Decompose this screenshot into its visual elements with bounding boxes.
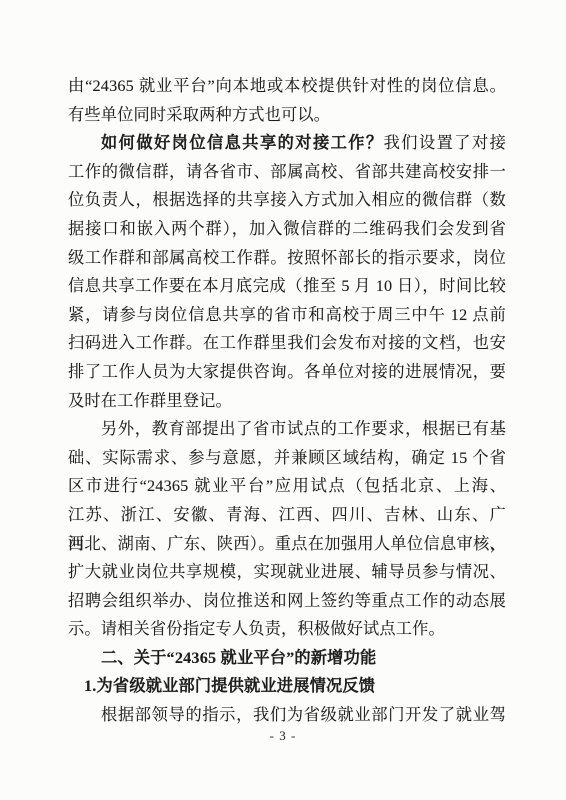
text-line: 河北、湖南、广东、陕西）。重点在加强用人单位信息审核， bbox=[68, 530, 506, 559]
text-run: 我们设置了对接 bbox=[384, 134, 506, 152]
section-heading: 二、关于“24365 就业平台”的新增功能 bbox=[68, 644, 506, 673]
inline-bold-heading: 如何做好岗位信息共享的对接工作？ bbox=[101, 134, 384, 152]
text-line: 级工作群和部属高校工作群。按照怀部长的指示要求，岗位 bbox=[68, 244, 506, 273]
text-line: 紧，请参与岗位信息共享的省市和高校于周三中午 12 点前 bbox=[68, 301, 506, 330]
text-line: 江苏、浙江、安徽、青海、江西、四川、吉林、山东、广西、 bbox=[68, 501, 506, 530]
text-line: 位负责人，根据选择的共享接入方式加入相应的微信群（数 bbox=[68, 186, 506, 215]
text-line: 区市进行“24365 就业平台”应用试点（包括北京、上海、 bbox=[68, 472, 506, 501]
text-line: 由“24365 就业平台”向本地或本校提供针对性的岗位信息。 bbox=[68, 72, 506, 101]
document-page: 由“24365 就业平台”向本地或本校提供针对性的岗位信息。 有些单位同时采取两… bbox=[0, 0, 566, 800]
text-line: 排了工作人员为大家提供咨询。各单位对接的进展情况，要 bbox=[68, 358, 506, 387]
text-line: 础、实际需求、参与意愿，并兼顾区域结构，确定 15 个省 bbox=[68, 444, 506, 473]
text-line: 工作的微信群，请各省市、部属高校、省部共建高校安排一 bbox=[68, 158, 506, 187]
page-number: - 3 - bbox=[0, 728, 566, 744]
text-line: 招聘会组织举办、岗位推送和网上签约等重点工作的动态展 bbox=[68, 587, 506, 616]
text-line: 扩大就业岗位共享规模，实现就业进展、辅导员参与情况、 bbox=[68, 558, 506, 587]
text-line: 及时在工作群里登记。 bbox=[68, 387, 506, 416]
text-line: 另外，教育部提出了省市试点的工作要求，根据已有基 bbox=[68, 415, 506, 444]
text-line: 如何做好岗位信息共享的对接工作？我们设置了对接 bbox=[68, 129, 506, 158]
text-line: 据接口和嵌入两个群），加入微信群的二维码我们会发到省 bbox=[68, 215, 506, 244]
text-line: 信息共享工作要在本月底完成（推至 5 月 10 日），时间比较 bbox=[68, 272, 506, 301]
text-line: 示。请相关省份指定专人负责，积极做好试点工作。 bbox=[68, 615, 506, 644]
text-line: 根据部领导的指示，我们为省级就业部门开发了就业驾 bbox=[68, 701, 506, 730]
subsection-heading: 1.为省级就业部门提供就业进展情况反馈 bbox=[68, 672, 506, 701]
text-line: 扫码进入工作群。在工作群里我们会发布对接的文档，也安 bbox=[68, 329, 506, 358]
document-body: 由“24365 就业平台”向本地或本校提供针对性的岗位信息。 有些单位同时采取两… bbox=[68, 72, 506, 730]
text-line: 有些单位同时采取两种方式也可以。 bbox=[68, 101, 506, 130]
